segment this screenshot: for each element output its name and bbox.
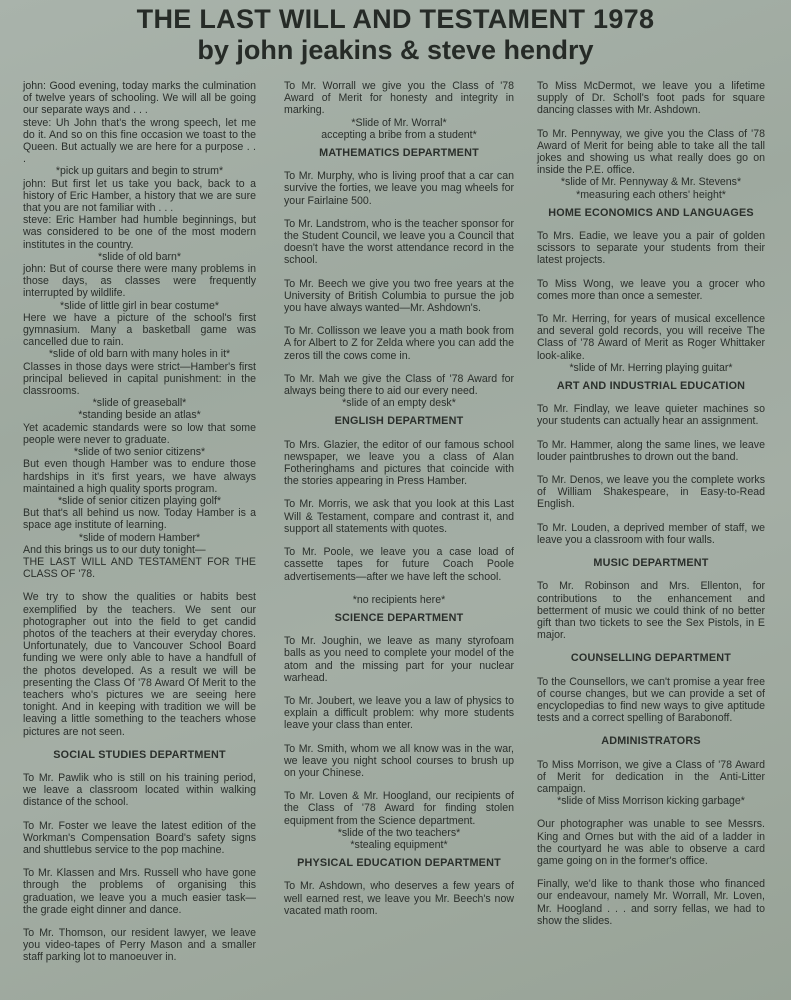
paragraph: To Mr. Joughin, we leave as many styrofo… — [284, 635, 514, 684]
paragraph: To Mr. Findlay, we leave quieter machine… — [537, 403, 765, 427]
slide-caption: *slide of old barn with many holes in it… — [23, 348, 256, 360]
slide-caption: *standing beside an atlas* — [23, 409, 256, 421]
paragraph: To Miss Wong, we leave you a grocer who … — [537, 278, 765, 302]
paragraph: To Miss McDermot, we leave you a lifetim… — [537, 80, 765, 117]
paragraph: To Mrs. Glazier, the editor of our famou… — [284, 439, 514, 488]
paragraph: To Mrs. Eadie, we leave you a pair of go… — [537, 230, 765, 267]
paragraph: But even though Hamber was to endure tho… — [23, 458, 256, 495]
column-2: To Mr. Worrall we give you the Class of … — [284, 80, 514, 928]
slide-caption: *slide of little girl in bear costume* — [23, 300, 256, 312]
document-title: THE LAST WILL AND TESTAMENT 1978 — [0, 4, 791, 34]
slide-caption: *stealing equipment* — [284, 839, 514, 851]
paragraph: To Mr. Mah we give the Class of '78 Awar… — [284, 373, 514, 397]
section-heading-social-studies: SOCIAL STUDIES DEPARTMENT — [23, 749, 256, 761]
column-1: john: Good evening, today marks the culm… — [23, 80, 256, 975]
paragraph: To Mr. Murphy, who is living proof that … — [284, 170, 514, 207]
paragraph: And this brings us to our duty tonight— — [23, 544, 256, 556]
slide-caption: *slide of two senior citizens* — [23, 446, 256, 458]
slide-caption: *slide of greaseball* — [23, 397, 256, 409]
paragraph: To Mr. Louden, a deprived member of staf… — [537, 522, 765, 546]
paragraph: To Mr. Klassen and Mrs. Russell who have… — [23, 867, 256, 916]
article-body: john: Good evening, today marks the culm… — [0, 80, 791, 1000]
paragraph: john: But first let us take you back, ba… — [23, 178, 256, 215]
paragraph: To Mr. Loven & Mr. Hoogland, our recipie… — [284, 790, 514, 827]
slide-caption: *Slide of Mr. Worral* — [284, 117, 514, 129]
paragraph: To Mr. Pennyway, we give you the Class o… — [537, 128, 765, 177]
paragraph: To the Counsellors, we can't promise a y… — [537, 676, 765, 725]
paragraph: To Mr. Landstrom, who is the teacher spo… — [284, 218, 514, 267]
paragraph: To Mr. Denos, we leave you the complete … — [537, 474, 765, 511]
paragraph: Classes in those days were strict—Hamber… — [23, 361, 256, 398]
paragraph: john: Good evening, today marks the culm… — [23, 80, 256, 117]
paragraph: To Mr. Robinson and Mrs. Ellenton, for c… — [537, 580, 765, 641]
slide-caption: *pick up guitars and begin to strum* — [23, 165, 256, 177]
paragraph: steve: Eric Hamber had humble beginnings… — [23, 214, 256, 251]
slide-caption: *slide of the two teachers* — [284, 827, 514, 839]
section-heading-art-industrial: ART AND INDUSTRIAL EDUCATION — [537, 380, 765, 392]
paragraph: Our photographer was unable to see Messr… — [537, 818, 765, 867]
slide-caption: *slide of an empty desk* — [284, 397, 514, 409]
paragraph: To Mr. Joubert, we leave you a law of ph… — [284, 695, 514, 732]
section-heading-english: ENGLISH DEPARTMENT — [284, 415, 514, 427]
section-heading-mathematics: MATHEMATICS DEPARTMENT — [284, 147, 514, 159]
paragraph: Finally, we'd like to thank those who fi… — [537, 878, 765, 927]
slide-caption: *slide of Mr. Herring playing guitar* — [537, 362, 765, 374]
paragraph: To Mr. Morris, we ask that you look at t… — [284, 498, 514, 535]
paragraph: john: But of course there were many prob… — [23, 263, 256, 300]
paragraph-caps: THE LAST WILL AND TESTAMENT FOR THE CLAS… — [23, 556, 256, 580]
section-heading-physical-education: PHYSICAL EDUCATION DEPARTMENT — [284, 857, 514, 869]
paragraph: To Mr. Smith, whom we all know was in th… — [284, 743, 514, 780]
paragraph: Here we have a picture of the school's f… — [23, 312, 256, 349]
slide-caption: *slide of modern Hamber* — [23, 532, 256, 544]
paragraph: To Mr. Beech we give you two free years … — [284, 278, 514, 315]
section-heading-science: SCIENCE DEPARTMENT — [284, 612, 514, 624]
paragraph: We try to show the qualities or habits b… — [23, 591, 256, 737]
paragraph: But that's all behind us now. Today Hamb… — [23, 507, 256, 531]
slide-caption: *slide of Miss Morrison kicking garbage* — [537, 795, 765, 807]
paragraph: To Mr. Poole, we leave you a case load o… — [284, 546, 514, 583]
slide-caption: *slide of senior citizen playing golf* — [23, 495, 256, 507]
paragraph: To Mr. Ashdown, who deserves a few years… — [284, 880, 514, 917]
slide-caption: *measuring each others' height* — [537, 189, 765, 201]
paragraph: To Mr. Worrall we give you the Class of … — [284, 80, 514, 117]
slide-caption: *slide of old barn* — [23, 251, 256, 263]
section-heading-home-economics: HOME ECONOMICS AND LANGUAGES — [537, 207, 765, 219]
paragraph: To Miss Morrison, we give a Class of '78… — [537, 759, 765, 796]
paragraph: To Mr. Pawlik who is still on his traini… — [23, 772, 256, 809]
paragraph: To Mr. Herring, for years of musical exc… — [537, 313, 765, 362]
paragraph: To Mr. Foster we leave the latest editio… — [23, 820, 256, 857]
paragraph: steve: Uh John that's the wrong speech, … — [23, 117, 256, 166]
paragraph: To Mr. Collisson we leave you a math boo… — [284, 325, 514, 362]
section-heading-administrators: ADMINISTRATORS — [537, 735, 765, 747]
paragraph: To Mr. Thomson, our resident lawyer, we … — [23, 927, 256, 964]
section-heading-music: MUSIC DEPARTMENT — [537, 557, 765, 569]
section-heading-counselling: COUNSELLING DEPARTMENT — [537, 652, 765, 664]
slide-caption: *slide of Mr. Pennyway & Mr. Stevens* — [537, 176, 765, 188]
paragraph: To Mr. Hammer, along the same lines, we … — [537, 439, 765, 463]
column-3: To Miss McDermot, we leave you a lifetim… — [537, 80, 765, 938]
document-header: THE LAST WILL AND TESTAMENT 1978 by john… — [0, 0, 791, 66]
slide-caption: accepting a bribe from a student* — [284, 129, 514, 141]
slide-caption: *no recipients here* — [284, 594, 514, 606]
paragraph: Yet academic standards were so low that … — [23, 422, 256, 446]
document-byline: by john jeakins & steve hendry — [0, 34, 791, 66]
